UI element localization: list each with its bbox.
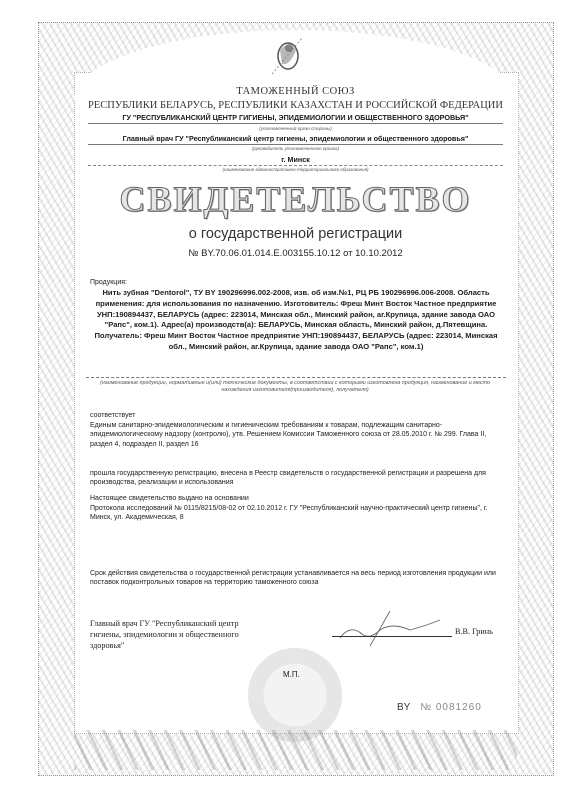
form-serial-number: BY№ 0081260: [397, 702, 482, 713]
basis-label: Настоящее свидетельство выдано на основа…: [90, 494, 500, 503]
product-label: Продукция:: [90, 278, 500, 287]
certificate-number: № BY.70.06.01.014.E.003155.10.12 от 10.1…: [74, 248, 517, 259]
document-subtitle: о государственной регистрации: [74, 226, 517, 242]
city-caption: (наименование административно-территориа…: [74, 167, 517, 172]
document-title: СВИДЕТЕЛЬСТВО: [74, 178, 517, 220]
signer-name: В.В. Гринь: [455, 627, 493, 636]
conformity-text: Единым санитарно-эпидемиологическим и ги…: [90, 421, 500, 449]
emblem-icon: [262, 30, 312, 80]
signer-position: Главный врач ГУ "Республиканский центр г…: [90, 618, 250, 651]
organization-caption: (уполномоченный орган стороны): [74, 126, 517, 131]
city: г. Минск: [88, 155, 503, 166]
conformity-label: соответствует: [90, 411, 500, 420]
authority-head-caption: (руководитель уполномоченного органа): [74, 146, 517, 151]
seal-stamp: [240, 640, 350, 750]
serial-country: BY: [397, 702, 410, 713]
authority-head: Главный врач ГУ "Республиканский центр г…: [88, 134, 503, 145]
product-caption: (наименование продукции, нормативные и(и…: [90, 380, 500, 394]
product-description: Нить зубная "Dentorol", ТУ BY 190296996.…: [86, 288, 506, 353]
serial-number: № 0081260: [420, 702, 481, 713]
customs-union-heading: ТАМОЖЕННЫЙ СОЮЗ: [74, 86, 517, 97]
registration-text: прошла государственную регистрацию, внес…: [90, 469, 500, 488]
issuing-organization: ГУ "РЕСПУБЛИКАНСКИЙ ЦЕНТР ГИГИЕНЫ, ЭПИДЕ…: [88, 113, 503, 124]
signature-line: [332, 636, 452, 637]
republics-heading: РЕСПУБЛИКИ БЕЛАРУСЬ, РЕСПУБЛИКИ КАЗАХСТА…: [74, 100, 517, 111]
basis-text: Протокола исследований № 0115/8215/08-02…: [90, 504, 500, 523]
product-divider: [86, 377, 506, 378]
seal-place-label: М.П.: [283, 670, 300, 679]
validity-text: Срок действия свидетельства о государств…: [90, 569, 500, 588]
